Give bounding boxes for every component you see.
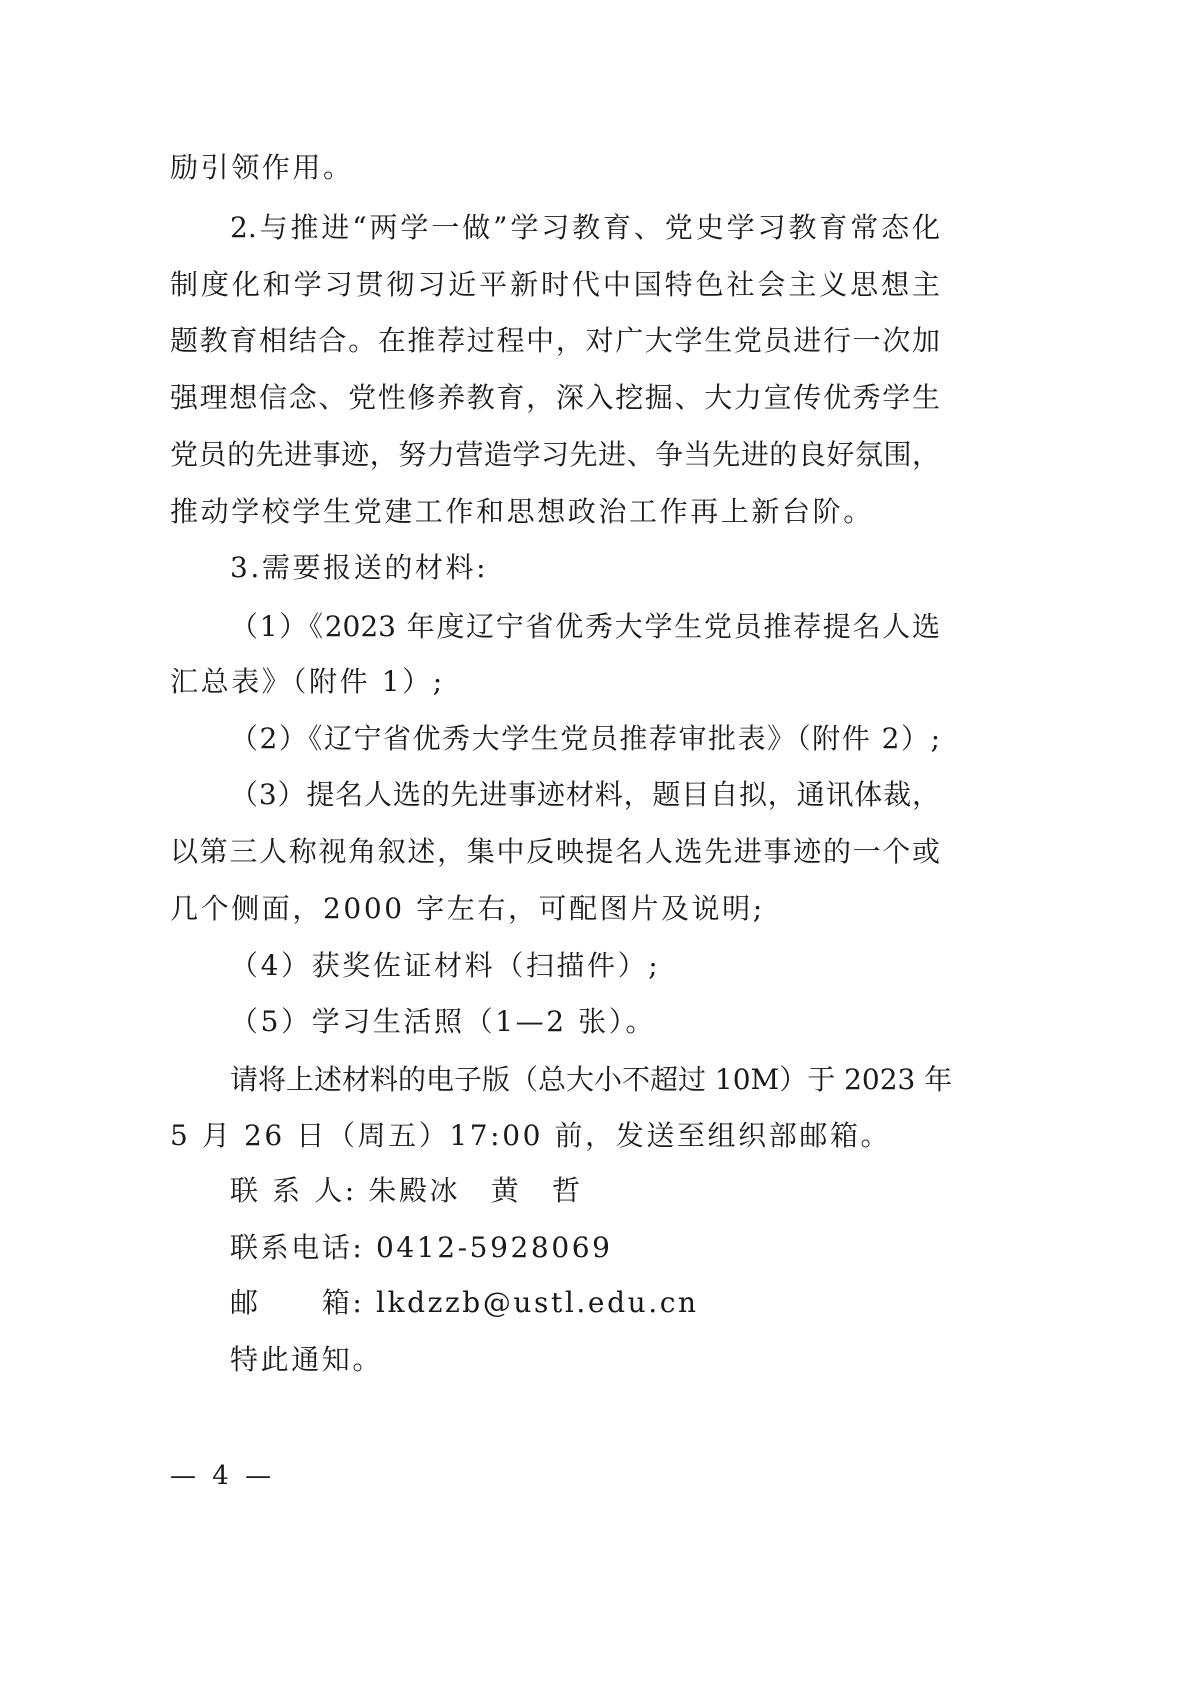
material-3-line-3: 几个侧面，2000 字左右，可配图片及说明; — [170, 889, 940, 929]
item-2-line-4: 强理想信念、党性修养教育，深入挖掘、大力宣传优秀学生 — [170, 378, 940, 418]
material-3-line-2: 以第三人称视角叙述，集中反映提名人选先进事迹的一个或 — [170, 832, 940, 872]
page-number: — 4 — — [170, 1456, 275, 1496]
contact-email-row: 邮 箱: lkdzzb@ustl.edu.cn — [230, 1283, 940, 1323]
item-2-line-3: 题教育相结合。在推荐过程中，对广大学生党员进行一次加 — [170, 321, 940, 361]
submission-line-1: 请将上述材料的电子版（总大小不超过 10M）于 2023 年 — [230, 1060, 940, 1100]
submission-line-2: 5 月 26 日（周五）17:00 前，发送至组织部邮箱。 — [170, 1116, 940, 1156]
paragraph-continuation: 励引领作用。 — [170, 148, 940, 188]
item-2-line-6: 推动学校学生党建工作和思想政治工作再上新台阶。 — [170, 492, 940, 532]
closing-line: 特此通知。 — [230, 1340, 940, 1380]
contact-person-label: 联 系 人: — [230, 1171, 357, 1211]
material-1-line-2: 汇总表》（附件 1）; — [170, 662, 940, 702]
contact-email-value[interactable]: lkdzzb@ustl.edu.cn — [376, 1286, 699, 1319]
item-2-line-5: 党员的先进事迹，努力营造学习先进、争当先进的良好氛围， — [170, 435, 940, 475]
material-5: （5）学习生活照（1—2 张）。 — [230, 1002, 940, 1042]
contact-phone-value: 0412-5928069 — [376, 1231, 613, 1264]
material-1-line-1: （1）《2023 年度辽宁省优秀大学生党员推荐提名人选 — [230, 607, 940, 647]
contact-person-value: 朱殿冰 黄 哲 — [368, 1174, 582, 1207]
material-3-line-1: （3）提名人选的先进事迹材料，题目自拟，通讯体裁， — [230, 775, 940, 815]
contact-phone-row: 联系电话: 0412-5928069 — [230, 1228, 940, 1268]
material-2: （2）《辽宁省优秀大学生党员推荐审批表》（附件 2）; — [230, 719, 940, 759]
item-2-line-2: 制度化和学习贯彻习近平新时代中国特色社会主义思想主 — [170, 265, 940, 305]
document-page: 励引领作用。 2.与推进“两学一做”学习教育、党史学习教育常态化 制度化和学习贯… — [0, 0, 1190, 1683]
material-4: （4）获奖佐证材料（扫描件）; — [230, 946, 940, 986]
contact-phone-label: 联系电话: — [230, 1228, 364, 1268]
contact-person-row: 联 系 人: 朱殿冰 黄 哲 — [230, 1171, 940, 1211]
item-3-heading: 3.需要报送的材料: — [230, 548, 940, 588]
contact-email-label: 邮 箱: — [230, 1283, 364, 1323]
item-2-line-1: 2.与推进“两学一做”学习教育、党史学习教育常态化 — [230, 208, 940, 248]
